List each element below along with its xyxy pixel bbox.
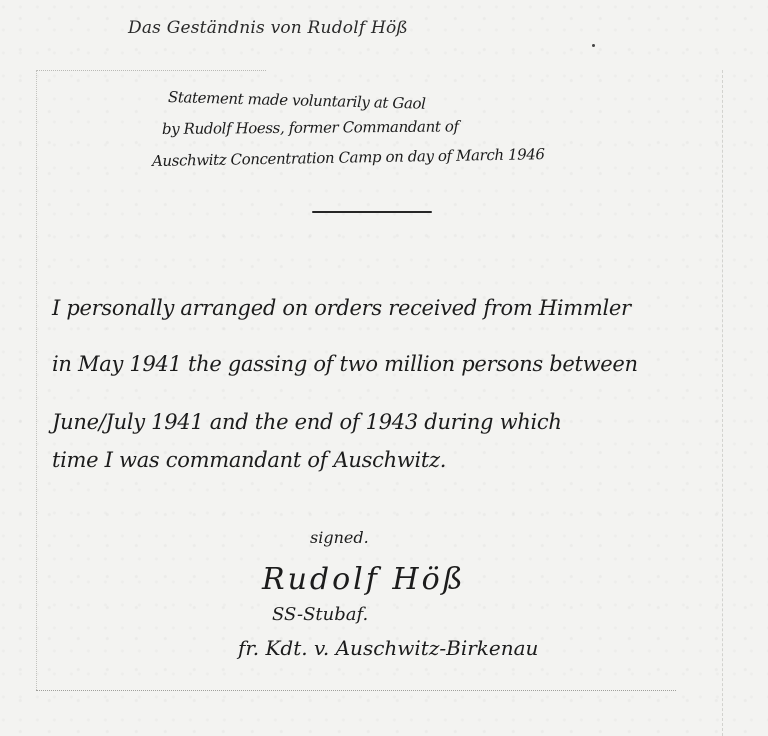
signature: Rudolf Höß (262, 562, 466, 597)
statement-body-line-1: I personally arranged on orders received… (52, 296, 631, 320)
scan-speck (592, 44, 595, 47)
statement-header-line-2: by Rudolf Hoess, former Commandant of (162, 117, 459, 138)
frame-bottom-edge (36, 690, 676, 691)
statement-body-line-3: June/July 1941 and the end of 1943 durin… (52, 410, 562, 434)
statement-body-line-4: time I was commandant of Auschwitz. (52, 448, 446, 472)
frame-right-edge (722, 70, 723, 736)
signed-label: signed. (310, 528, 369, 547)
signature-title: fr. Kdt. v. Auschwitz-Birkenau (238, 636, 538, 660)
frame-top-edge (36, 70, 266, 71)
signature-rank: SS-Stubaf. (272, 604, 368, 625)
book-heading: Das Geständnis von Rudolf Höß (128, 18, 408, 38)
frame-left-edge (36, 70, 37, 690)
statement-body-line-2: in May 1941 the gassing of two million p… (52, 352, 638, 376)
header-underline (312, 211, 432, 213)
scanned-page: Das Geständnis von Rudolf Höß Statement … (0, 0, 768, 736)
